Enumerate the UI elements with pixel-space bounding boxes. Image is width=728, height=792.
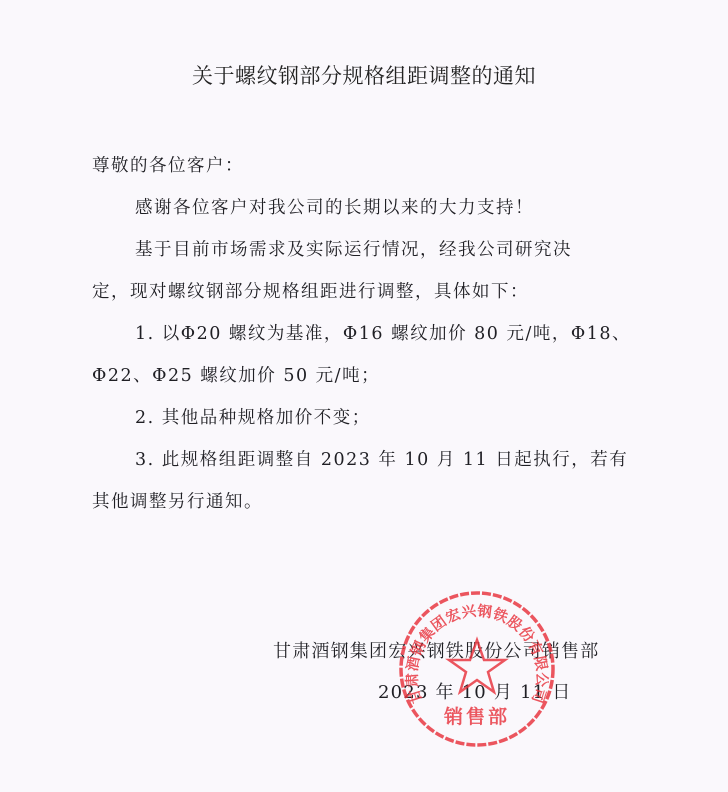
company-seal-icon: 甘肃酒钢集团宏兴钢铁股份有限公司 销售部	[396, 588, 558, 750]
document-title: 关于螺纹钢部分规格组距调整的通知	[0, 60, 728, 90]
item-1-line2: Φ22、Φ25 螺纹加价 50 元/吨；	[92, 362, 380, 387]
item-3-line2: 其他调整另行通知。	[92, 488, 263, 513]
signature-organization: 甘肃酒钢集团宏兴钢铁股份公司销售部	[273, 637, 599, 663]
seal-center-text: 销售部	[444, 705, 510, 728]
notice-document: 关于螺纹钢部分规格组距调整的通知 尊敬的各位客户： 感谢各位客户对我公司的长期以…	[0, 0, 728, 792]
paragraph-thanks: 感谢各位客户对我公司的长期以来的大力支持！	[135, 194, 534, 219]
salutation: 尊敬的各位客户：	[92, 152, 244, 177]
item-1-line1: 1. 以Φ20 螺纹为基准，Φ16 螺纹加价 80 元/吨，Φ18、	[135, 320, 631, 345]
item-3-line1: 3. 此规格组距调整自 2023 年 10 月 11 日起执行，若有	[135, 446, 628, 471]
item-2: 2. 其他品种规格加价不变；	[135, 404, 371, 429]
paragraph-basis-line1: 基于目前市场需求及实际运行情况，经我公司研究决	[135, 236, 572, 261]
signature-date: 2023 年 10 月 11 日	[378, 678, 571, 704]
paragraph-basis-line2: 定，现对螺纹钢部分规格组距进行调整，具体如下：	[92, 278, 529, 303]
